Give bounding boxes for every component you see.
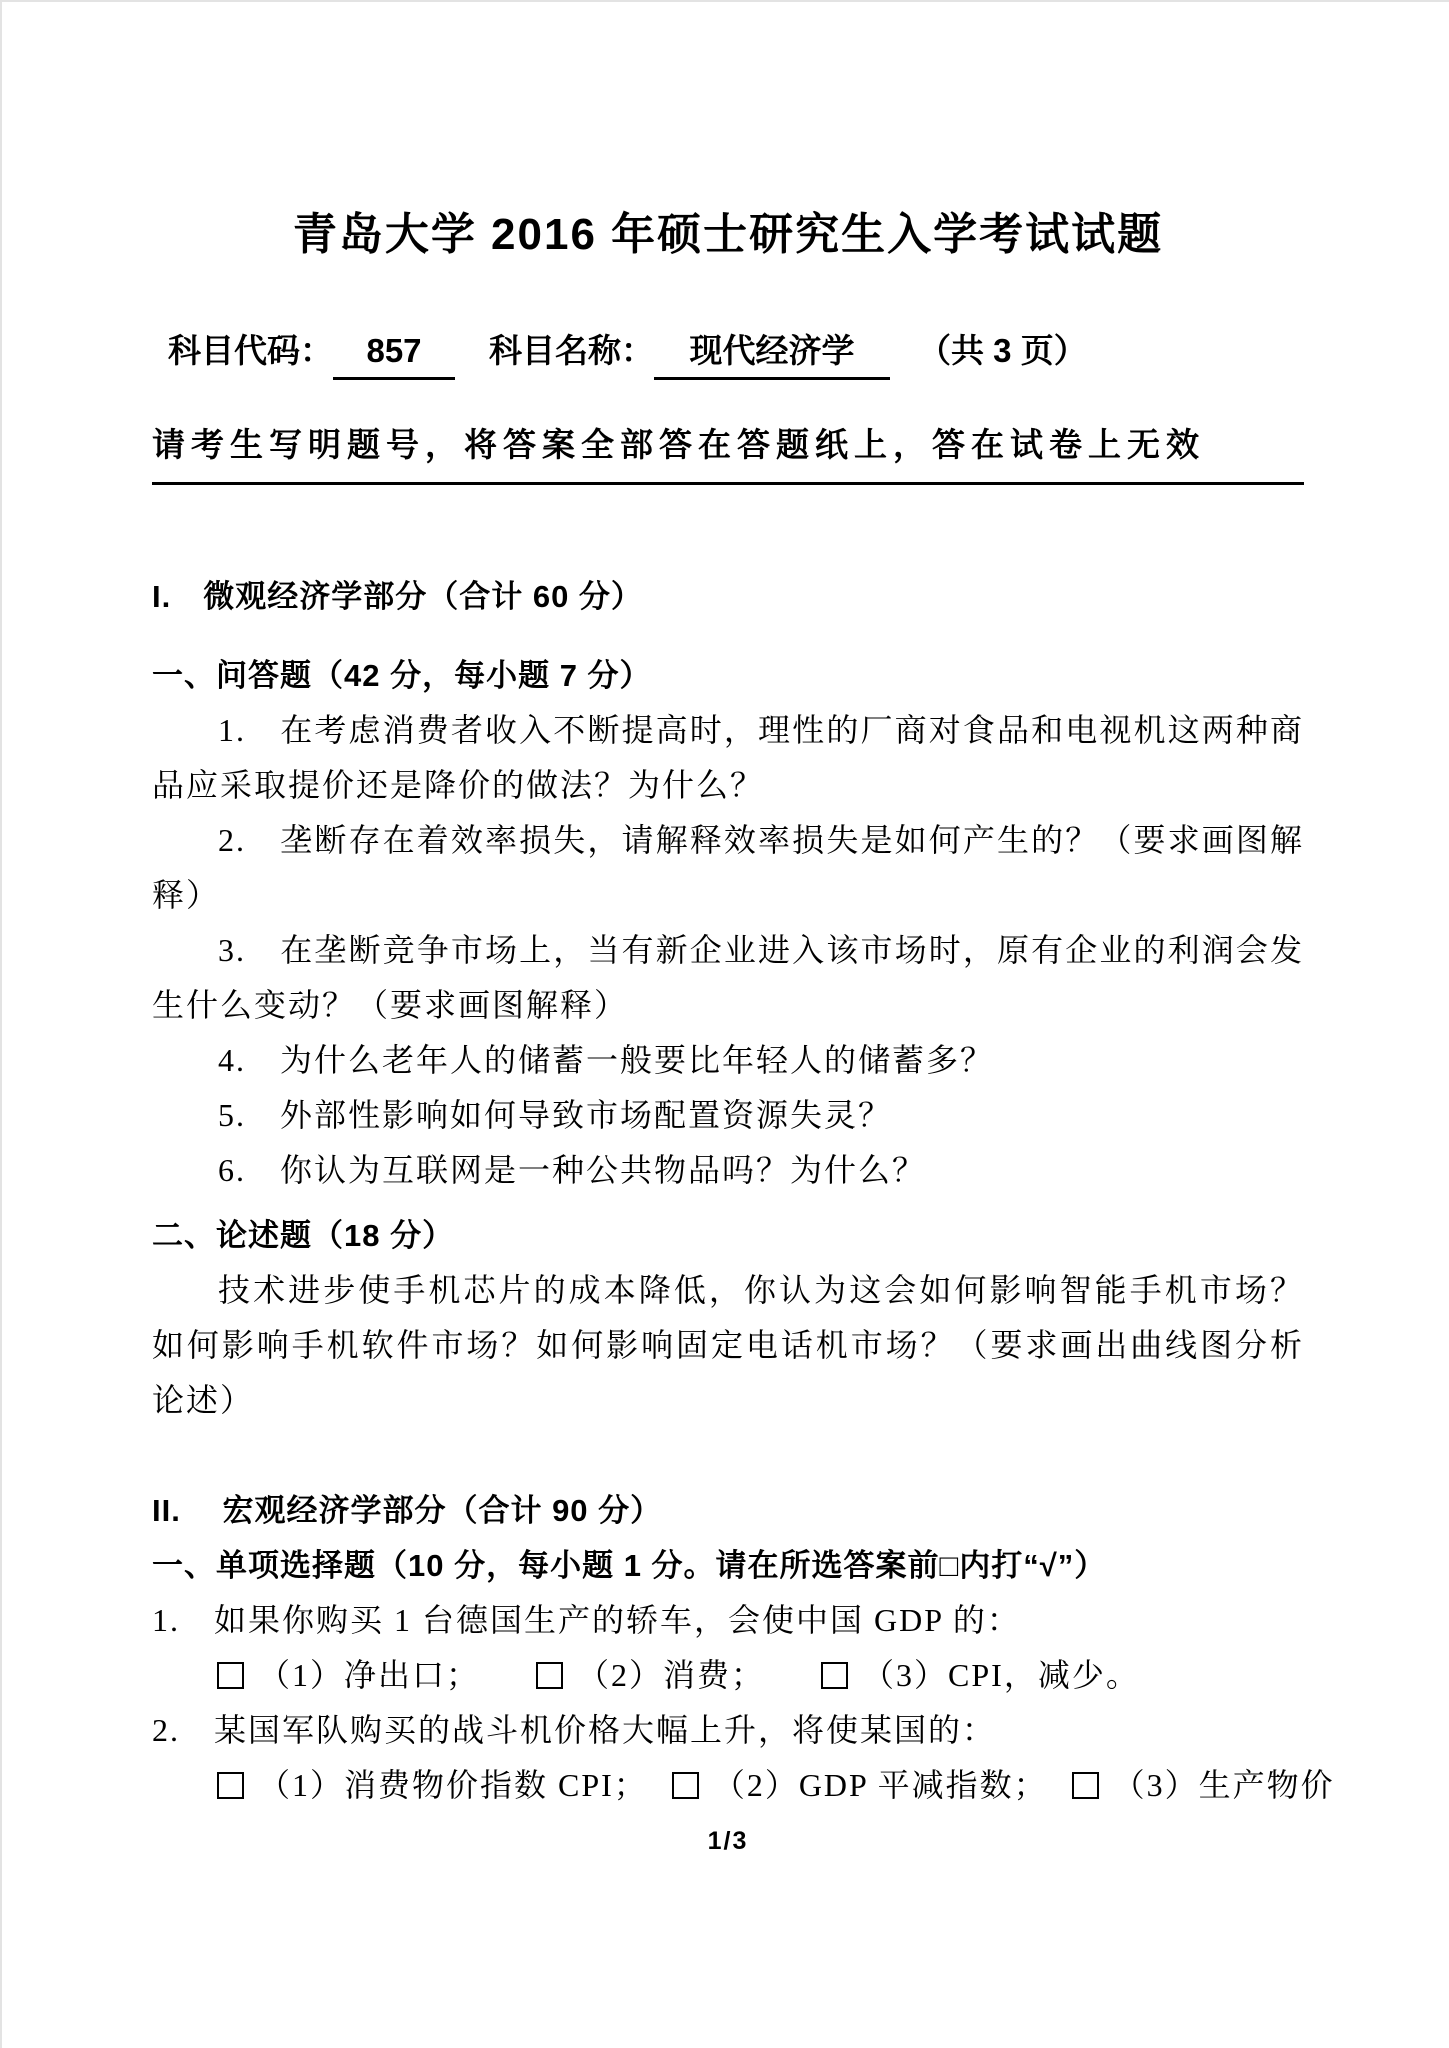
section-micro-heading: I. 微观经济学部分（合计 60 分）	[152, 569, 1304, 624]
micro-question-3: 3. 在垄断竞争市场上，当有新企业进入该市场时，原有企业的利润会发生什么变动？（…	[152, 923, 1304, 1033]
option-2: （2）消费；	[536, 1648, 765, 1703]
micro-question-2: 2. 垄断存在着效率损失，请解释效率损失是如何产生的？（要求画图解释）	[152, 813, 1304, 923]
micro-question-4: 4. 为什么老年人的储蓄一般要比年轻人的储蓄多？	[152, 1033, 1304, 1088]
micro-qa-heading: 一、问答题（42 分，每小题 7 分）	[152, 648, 1304, 703]
option-label: （3）生产物价	[1113, 1758, 1335, 1813]
option-label: （2）GDP 平减指数；	[713, 1758, 1048, 1813]
option-1: （1）消费物价指数 CPI；	[217, 1758, 648, 1813]
macro-question-1-options: （1）净出口； （2）消费； （3）CPI，减少。	[152, 1648, 1304, 1703]
subject-info-line: 科目代码： 857 科目名称： 现代经济学 （共 3 页）	[152, 327, 1304, 380]
checkbox-icon[interactable]	[821, 1662, 848, 1689]
option-2: （2）GDP 平减指数；	[672, 1758, 1048, 1813]
subject-name-label: 科目名称：	[489, 327, 654, 375]
checkbox-icon[interactable]	[1072, 1772, 1099, 1799]
exam-paper-page: 青岛大学 2016 年硕士研究生入学考试试题 科目代码： 857 科目名称： 现…	[0, 0, 1449, 2048]
micro-essay-text: 技术进步使手机芯片的成本降低，你认为这会如何影响智能手机市场？如何影响手机软件市…	[152, 1263, 1304, 1428]
subject-code-label: 科目代码：	[168, 327, 333, 375]
macro-question-1-stem: 1. 如果你购买 1 台德国生产的轿车，会使中国 GDP 的：	[152, 1593, 1304, 1648]
checkbox-icon[interactable]	[217, 1662, 244, 1689]
checkbox-icon[interactable]	[536, 1662, 563, 1689]
macro-question-2-stem: 2. 某国军队购买的战斗机价格大幅上升，将使某国的：	[152, 1703, 1304, 1758]
option-label: （1）净出口；	[258, 1648, 480, 1703]
micro-question-1: 1. 在考虑消费者收入不断提高时，理性的厂商对食品和电视机这两种商品应采取提价还…	[152, 703, 1304, 813]
exam-notice: 请考生写明题号，将答案全部答在答题纸上，答在试卷上无效	[152, 422, 1304, 485]
section-macro-heading: II. 宏观经济学部分（合计 90 分）	[152, 1483, 1304, 1538]
page-number: 1/3	[152, 1827, 1304, 1856]
option-3: （3）生产物价	[1072, 1758, 1335, 1813]
option-label: （2）消费；	[577, 1648, 765, 1703]
option-3: （3）CPI，减少。	[821, 1648, 1140, 1703]
document-title: 青岛大学 2016 年硕士研究生入学考试试题	[152, 205, 1304, 265]
checkbox-icon[interactable]	[672, 1772, 699, 1799]
option-1: （1）净出口；	[217, 1648, 480, 1703]
micro-question-6: 6. 你认为互联网是一种公共物品吗？为什么？	[152, 1143, 1304, 1198]
macro-mc-heading: 一、单项选择题（10 分，每小题 1 分。请在所选答案前□内打“√”）	[152, 1538, 1304, 1593]
option-label: （3）CPI，减少。	[862, 1648, 1140, 1703]
micro-essay-heading: 二、论述题（18 分）	[152, 1208, 1304, 1263]
macro-question-2-options: （1）消费物价指数 CPI； （2）GDP 平减指数； （3）生产物价	[152, 1758, 1304, 1813]
subject-name-value: 现代经济学	[654, 327, 890, 380]
option-label: （1）消费物价指数 CPI；	[258, 1758, 648, 1813]
subject-code-value: 857	[333, 327, 455, 380]
page-count-note: （共 3 页）	[918, 327, 1087, 375]
checkbox-icon[interactable]	[217, 1772, 244, 1799]
micro-question-5: 5. 外部性影响如何导致市场配置资源失灵？	[152, 1088, 1304, 1143]
